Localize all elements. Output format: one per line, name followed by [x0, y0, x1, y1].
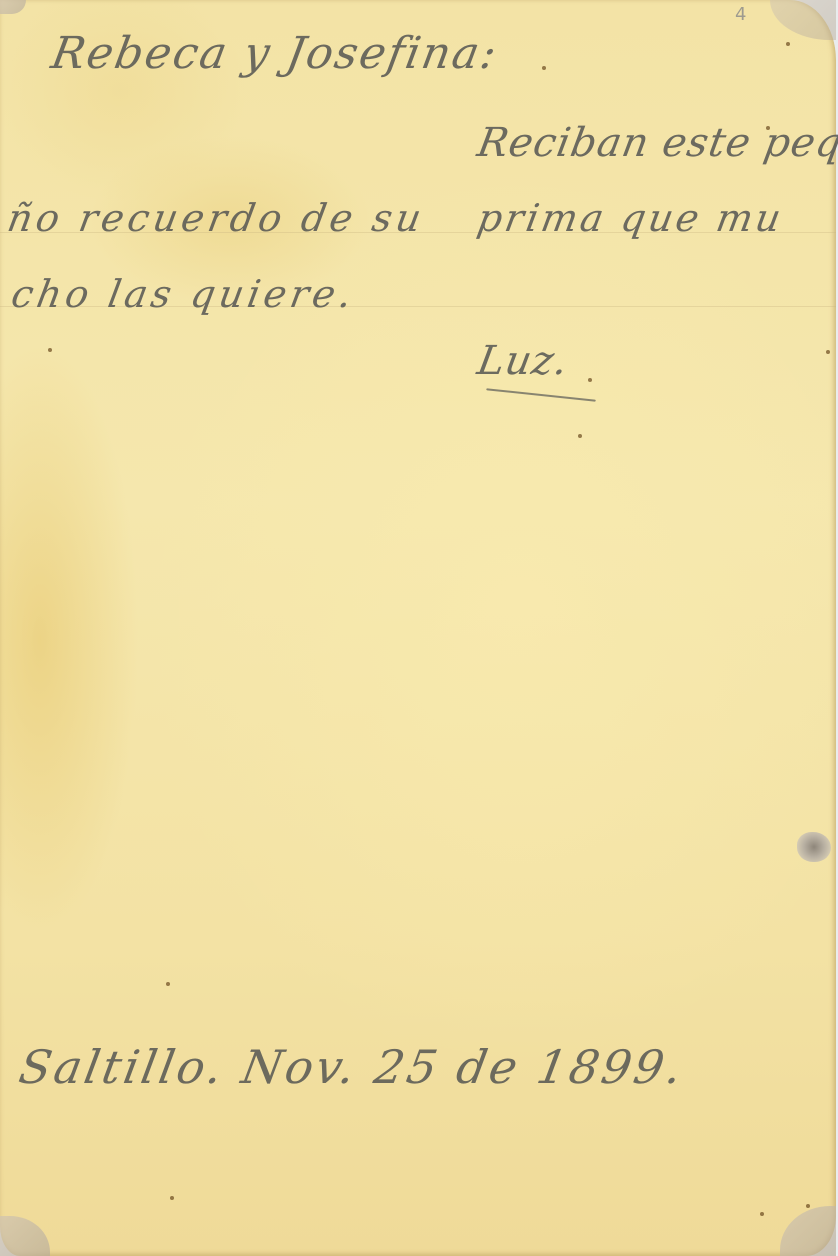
signature: Luz. [474, 338, 572, 384]
foxing-speck [826, 350, 830, 354]
page-number-mark: 4 [735, 4, 746, 25]
salutation: Rebeca y Josefina: [48, 28, 503, 79]
corner-wear-top-left [0, 0, 26, 14]
foxing-speck [588, 378, 592, 382]
body-line-2: ño recuerdo de su [4, 196, 428, 240]
signature-flourish [486, 388, 596, 401]
paper-damage-hole [797, 832, 831, 862]
foxing-speck [806, 1204, 810, 1208]
foxing-speck [766, 126, 770, 130]
corner-wear-bottom-left [0, 1216, 50, 1256]
body-line-1: Reciban este pequ [474, 120, 838, 166]
corner-wear-top-right [770, 0, 836, 40]
foxing-speck [542, 66, 546, 70]
body-line-4: cho las quiere. [8, 272, 359, 316]
foxing-speck [786, 42, 790, 46]
aged-paper-card: 4 Rebeca y Josefina: Reciban este pequ ñ… [0, 0, 836, 1256]
foxing-speck [48, 348, 52, 352]
foxing-speck [170, 1196, 174, 1200]
foxing-speck [578, 434, 582, 438]
foxing-speck [166, 982, 170, 986]
corner-wear-bottom-right [780, 1206, 836, 1256]
foxing-speck [760, 1212, 764, 1216]
body-line-3: prima que mu [474, 196, 787, 240]
place-and-date: Saltillo. Nov. 25 de 1899. [15, 1040, 689, 1094]
